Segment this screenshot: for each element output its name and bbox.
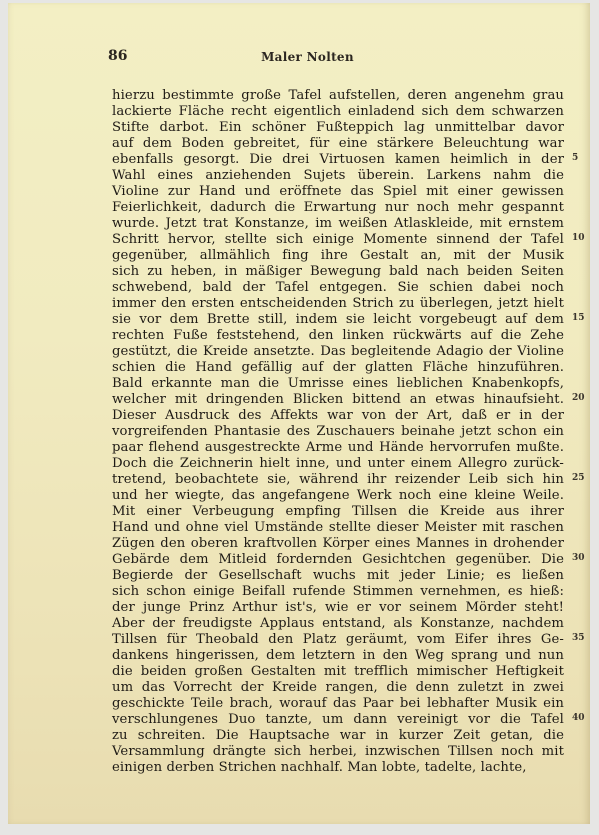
- line-number: 15: [572, 313, 585, 323]
- text-line: Tillsen für Theobald den Platz geräumt, …: [112, 632, 564, 648]
- text-line: verschlungenes Duo tanzte, um dann verei…: [112, 712, 564, 728]
- text-line: gestützt, die Kreide ansetzte. Das begle…: [112, 344, 564, 360]
- text-line: Schritt hervor, stellte sich einige Mome…: [112, 232, 564, 248]
- line-number: 5: [572, 153, 578, 163]
- text-line: Violine zur Hand und eröffnete das Spiel…: [112, 184, 564, 200]
- text-line: sie vor dem Brette still, indem sie leic…: [112, 312, 564, 328]
- body-text: hierzu bestimmte große Tafel aufstellen,…: [112, 88, 564, 776]
- text-line: Stifte darbot. Ein schöner Fußteppich la…: [112, 120, 564, 136]
- text-line: die beiden großen Gestalten mit trefflic…: [112, 664, 564, 680]
- text-line: rechten Fuße feststehend, den linken rüc…: [112, 328, 564, 344]
- text-line: der junge Prinz Arthur ist's, wie er vor…: [112, 600, 564, 616]
- text-line: und her wiegte, das angefangene Werk noc…: [112, 488, 564, 504]
- line-number: 25: [572, 473, 585, 483]
- text-line: Versammlung drängte sich herbei, inzwisc…: [112, 744, 564, 760]
- line-number: 10: [572, 233, 585, 243]
- text-line: hierzu bestimmte große Tafel aufstellen,…: [112, 88, 564, 104]
- running-head: Maler Nolten: [8, 50, 599, 64]
- text-line: Doch die Zeichnerin hielt inne, und unte…: [112, 456, 564, 472]
- text-line: schien die Hand gefällig auf der glatten…: [112, 360, 564, 376]
- text-line: um das Vorrecht der Kreide rangen, die d…: [112, 680, 564, 696]
- text-line: Zügen den oberen kraftvollen Körper eine…: [112, 536, 564, 552]
- text-line: Bald erkannte man die Umrisse eines lieb…: [112, 376, 564, 392]
- text-line: Hand und ohne viel Umstände stellte dies…: [112, 520, 564, 536]
- line-number: 30: [572, 553, 585, 563]
- text-line: gegenüber, allmählich fing ihre Gestalt …: [112, 248, 564, 264]
- text-line: lackierte Fläche recht eigentlich einlad…: [112, 104, 564, 120]
- line-number: 40: [572, 713, 585, 723]
- text-line: wurde. Jetzt trat Konstanze, im weißen A…: [112, 216, 564, 232]
- text-line: Aber der freudigste Applaus entstand, al…: [112, 616, 564, 632]
- text-line: Begierde der Gesellschaft wuchs mit jede…: [112, 568, 564, 584]
- text-line: zu schreiten. Die Hauptsache war in kurz…: [112, 728, 564, 744]
- text-line: paar flehend ausgestreckte Arme und Händ…: [112, 440, 564, 456]
- text-line: welcher mit dringenden Blicken bittend a…: [112, 392, 564, 408]
- text-line: dankens hingerissen, dem letztern in den…: [112, 648, 564, 664]
- text-line: geschickte Teile brach, worauf das Paar …: [112, 696, 564, 712]
- text-line: Wahl eines anziehenden Sujets überein. L…: [112, 168, 564, 184]
- text-line: immer den ersten entscheidenden Strich z…: [112, 296, 564, 312]
- line-number: 20: [572, 393, 585, 403]
- line-number: 35: [572, 633, 585, 643]
- text-line: Gebärde dem Mitleid fordernden Gesichtch…: [112, 552, 564, 568]
- text-line: Feierlichkeit, dadurch die Erwartung nur…: [112, 200, 564, 216]
- text-line: schwebend, bald der Tafel entgegen. Sie …: [112, 280, 564, 296]
- book-page: 86 Maler Nolten hierzu bestimmte große T…: [8, 3, 590, 824]
- text-line: ebenfalls gesorgt. Die drei Virtuosen ka…: [112, 152, 564, 168]
- text-line: auf dem Boden gebreitet, für eine stärke…: [112, 136, 564, 152]
- text-line: Mit einer Verbeugung empfing Tillsen die…: [112, 504, 564, 520]
- text-line: einigen derben Strichen nachhalf. Man lo…: [112, 760, 564, 776]
- text-line: vorgreifenden Phantasie des Zuschauers b…: [112, 424, 564, 440]
- text-line: Dieser Ausdruck des Affekts war von der …: [112, 408, 564, 424]
- text-line: tretend, beobachtete sie, während ihr re…: [112, 472, 564, 488]
- text-line: sich zu heben, in mäßiger Bewegung bald …: [112, 264, 564, 280]
- text-line: sich schon einige Beifall rufende Stimme…: [112, 584, 564, 600]
